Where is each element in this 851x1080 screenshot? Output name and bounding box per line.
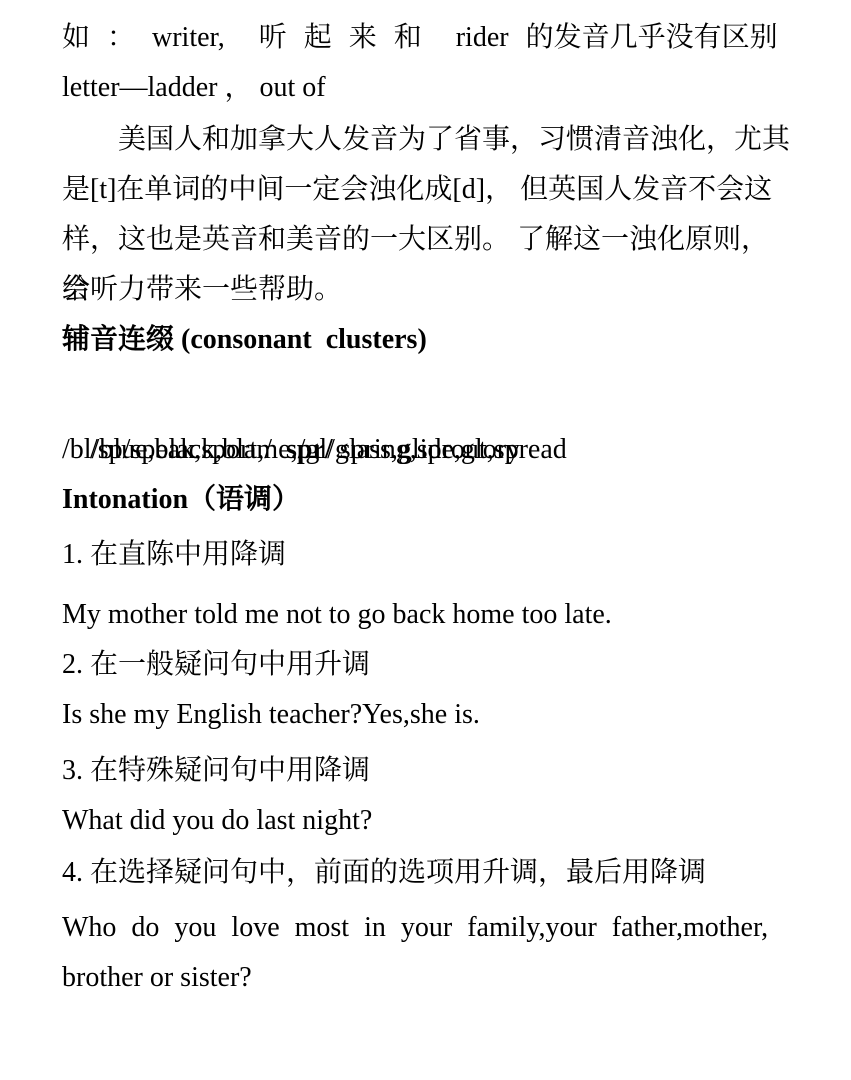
voicing-paragraph-line-2: 是[t]在单词的中间一定会浊化成[d]， 但英国人发音不会这 <box>62 165 790 215</box>
heading-intonation: Intonation（语调） <box>62 475 790 525</box>
intonation-rule-3: 3. 在特殊疑问句中用降调 <box>62 746 790 796</box>
voicing-paragraph-line-4: 给听力带来一些帮助。 <box>62 265 790 315</box>
bl-gl-clusters-line: /bl/blue,black,blame,/gl/glass,glide,glo… <box>62 425 790 475</box>
example-sentence-rule-4-line-2: brother or sister? <box>62 953 790 1003</box>
voicing-paragraph-line-3: 样，这也是英音和美音的一大区别。 了解这一浊化原则，会 <box>62 215 790 265</box>
example-words-line-1: 如 ： writer, 听 起 来 和 rider 的发音几乎没有区别 <box>62 13 790 63</box>
example-sentence-rule-4-line-1: Who do you love most in your family,your… <box>62 903 790 953</box>
example-sentence-rule-3: What did you do last night? <box>62 796 790 846</box>
example-words-line-2: letter—ladder ， out of <box>62 63 790 113</box>
intonation-rule-1: 1. 在直陈中用降调 <box>62 530 790 580</box>
example-sentence-rule-2: Is she my English teacher?Yes,she is. <box>62 690 790 740</box>
document-page: 如 ： writer, 听 起 来 和 rider 的发音几乎没有区别 lett… <box>62 0 790 1003</box>
voicing-paragraph-line-1: 美国人和加拿大人发音为了省事，习惯清音浊化，尤其 <box>62 115 790 165</box>
intonation-rule-2: 2. 在一般疑问句中用升调 <box>62 640 790 690</box>
heading-consonant-clusters: 辅音连缀 (consonant clusters) <box>62 315 790 365</box>
sp-spr-clusters-line: /sp/speak,sport,/ spr/ spring,sprout,spr… <box>62 375 790 425</box>
intonation-rule-4: 4. 在选择疑问句中，前面的选项用升调，最后用降调 <box>62 848 790 898</box>
example-sentence-rule-1: My mother told me not to go back home to… <box>62 590 790 640</box>
